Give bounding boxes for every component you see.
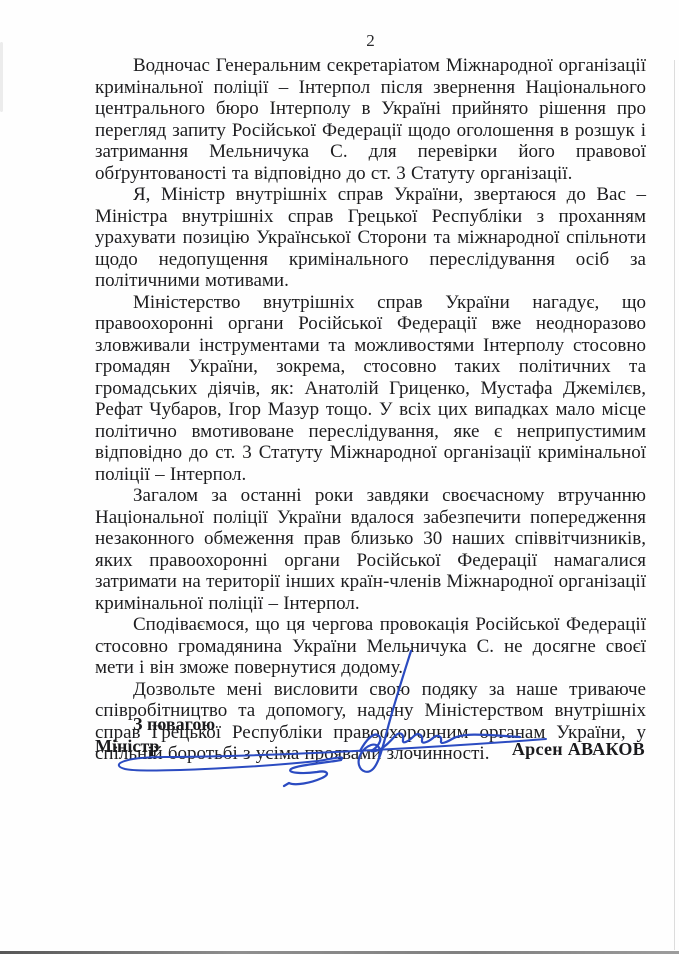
scan-edge-bottom [0, 951, 679, 954]
paragraph-3: Міністерство внутрішніх справ України на… [95, 292, 646, 486]
scan-artifact-left [0, 42, 3, 112]
signatory-name: Арсен АВАКОВ [512, 739, 645, 760]
letter-page: 2 Водночас Генеральним секретаріатом Між… [0, 0, 679, 960]
page-number: 2 [95, 31, 646, 51]
scan-edge-right [674, 60, 675, 950]
closing-salutation: З повагою [133, 714, 215, 735]
signatory-title: Міністр [95, 736, 159, 757]
paragraph-2: Я, Міністр внутрішніх справ України, зве… [95, 184, 646, 292]
paragraph-1: Водночас Генеральним секретаріатом Міжна… [95, 55, 646, 184]
paragraph-4: Загалом за останні роки завдяки своєчасн… [95, 485, 646, 614]
paragraph-5: Сподіваємося, що ця чергова провокація Р… [95, 614, 646, 679]
letter-body: Водночас Генеральним секретаріатом Міжна… [95, 55, 646, 765]
